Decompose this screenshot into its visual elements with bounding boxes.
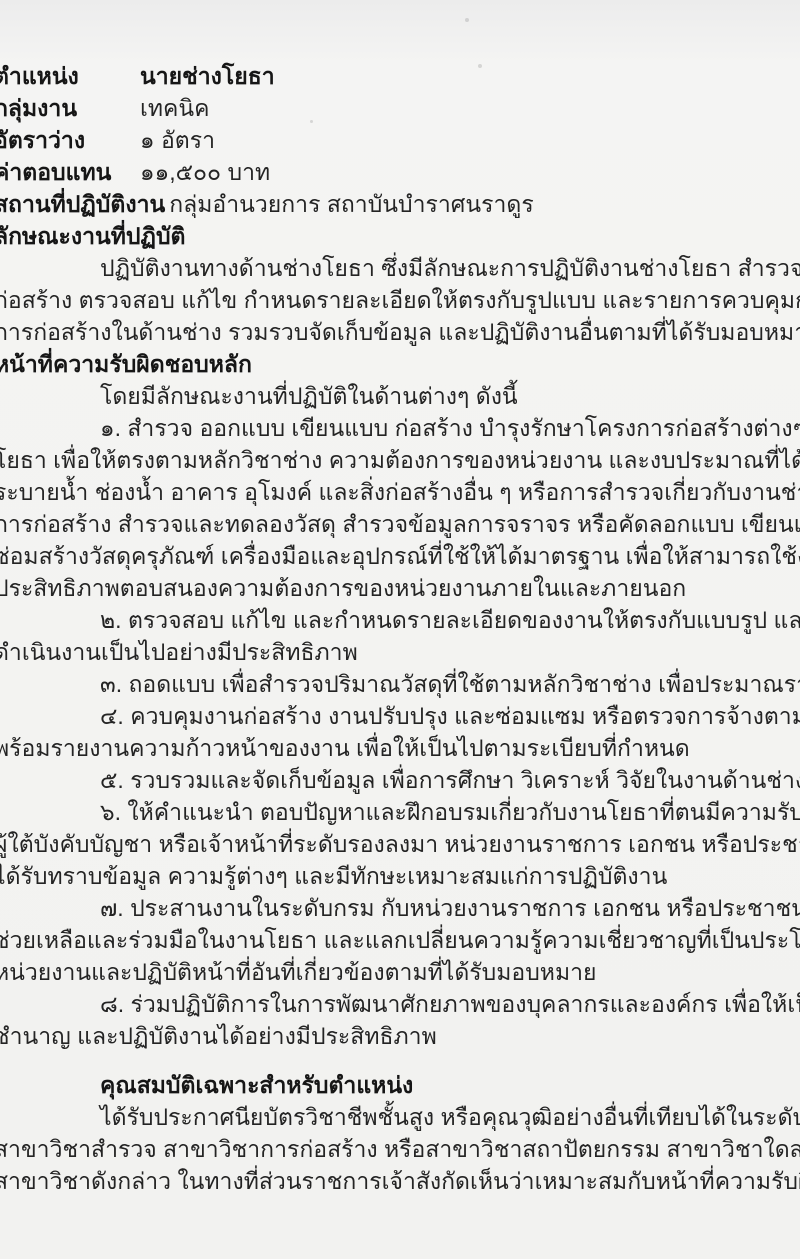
field-value-salary: ๑๑,๕๐๐ บาท: [136, 159, 270, 185]
section-spacer: [0, 1052, 800, 1069]
body-line-item-6: ๖. ให้คำแนะนำ ตอบปัญหาและฝึกอบรมเกี่ยวกั…: [0, 796, 800, 828]
body-line: ประสิทธิภาพตอบสนองความต้องการของหน่วยงาน…: [0, 572, 800, 604]
header-row-position: ตำแหน่งนายช่างโยธา: [0, 60, 800, 92]
body-line: ได้รับทราบข้อมูล ความรู้ต่างๆ และมีทักษะ…: [0, 860, 800, 892]
body-line: สาขาวิชาสำรวจ สาขาวิชาการก่อสร้าง หรือสา…: [0, 1133, 800, 1165]
field-label-workplace: สถานที่ปฏิบัติงาน: [0, 188, 165, 220]
body-line: ผู้ใต้บังคับบัญชา หรือเจ้าหน้าที่ระดับรอ…: [0, 828, 800, 860]
body-line-item-7: ๗. ประสานงานในระดับกรม กับหน่วยงานราชการ…: [0, 892, 800, 924]
field-label-vacancy: อัตราว่าง: [0, 124, 136, 156]
body-line: พร้อมรายงานความก้าวหน้าของงาน เพื่อให้เป…: [0, 732, 800, 764]
body-line-item-8: ๘. ร่วมปฏิบัติการในการพัฒนาศักยภาพของบุค…: [0, 988, 800, 1020]
field-label-workgroup: กลุ่มงาน: [0, 92, 136, 124]
body-line-item-5: ๕. รวบรวมและจัดเก็บข้อมูล เพื่อการศึกษา …: [0, 764, 800, 796]
body-line: ดำเนินงานเป็นไปอย่างมีประสิทธิภาพ: [0, 636, 800, 668]
body-line: โยธา เพื่อให้ตรงตามหลักวิชาช่าง ความต้อง…: [0, 444, 800, 476]
body-line-item-1: ๑. สำรวจ ออกแบบ เขียนแบบ ก่อสร้าง บำรุงร…: [0, 412, 800, 444]
body-line-item-4: ๔. ควบคุมงานก่อสร้าง งานปรับปรุง และซ่อม…: [0, 700, 800, 732]
field-value-vacancy: ๑ อัตรา: [136, 127, 215, 153]
field-value-position: นายช่างโยธา: [136, 63, 275, 89]
body-line: ระบายน้ำ ช่องน้ำ อาคาร อุโมงค์ และสิ่งก่…: [0, 476, 800, 508]
body-line: สาขาวิชาดังกล่าว ในทางที่ส่วนราชการเจ้าส…: [0, 1165, 800, 1197]
body-line: ก่อสร้าง ตรวจสอบ แก้ไข กำหนดรายละเอียดให…: [0, 284, 800, 316]
section-heading-main-duties: หน้าที่ความรับผิดชอบหลัก: [0, 348, 800, 380]
header-row-workgroup: กลุ่มงานเทคนิค: [0, 92, 800, 124]
body-line: ชำนาญ และปฏิบัติงานได้อย่างมีประสิทธิภาพ: [0, 1020, 800, 1052]
body-line-item-2: ๒. ตรวจสอบ แก้ไข และกำหนดรายละเอียดของงา…: [0, 604, 800, 636]
field-label-position: ตำแหน่ง: [0, 60, 136, 92]
scanned-document-page: ตำแหน่งนายช่างโยธา กลุ่มงานเทคนิค อัตราว…: [0, 0, 800, 1259]
header-row-salary: ค่าตอบแทน๑๑,๕๐๐ บาท: [0, 156, 800, 188]
body-line: ปฏิบัติงานทางด้านช่างโยธา ซึ่งมีลักษณะกา…: [0, 252, 800, 284]
body-line: การก่อสร้างในด้านช่าง รวมรวบจัดเก็บข้อมู…: [0, 316, 800, 348]
header-row-workplace: สถานที่ปฏิบัติงานกลุ่มอำนวยการ สถาบันบำร…: [0, 188, 800, 220]
field-value-workgroup: เทคนิค: [136, 95, 210, 121]
body-line: หน่วยงานและปฏิบัติหน้าที่อันที่เกี่ยวข้อ…: [0, 956, 800, 988]
section-heading-qualifications: คุณสมบัติเฉพาะสำหรับตำแหน่ง: [0, 1069, 800, 1101]
header-row-vacancy: อัตราว่าง๑ อัตรา: [0, 124, 800, 156]
document-body: ตำแหน่งนายช่างโยธา กลุ่มงานเทคนิค อัตราว…: [0, 60, 800, 1197]
body-line: โดยมีลักษณะงานที่ปฏิบัติในด้านต่างๆ ดังน…: [0, 380, 800, 412]
body-line: ช่วยเหลือและร่วมมือในงานโยธา และแลกเปลี่…: [0, 924, 800, 956]
field-value-workplace: กลุ่มอำนวยการ สถาบันบำราศนราดูร: [165, 191, 533, 217]
field-label-salary: ค่าตอบแทน: [0, 156, 136, 188]
body-line: การก่อสร้าง สำรวจและทดลองวัสดุ สำรวจข้อม…: [0, 508, 800, 540]
body-line: ได้รับประกาศนียบัตรวิชาชีพชั้นสูง หรือคุ…: [0, 1101, 800, 1133]
body-line-item-3: ๓. ถอดแบบ เพื่อสำรวจปริมาณวัสดุที่ใช้ตาม…: [0, 668, 800, 700]
body-line: ซ่อมสร้างวัสดุครุภัณฑ์ เครื่องมือและอุปก…: [0, 540, 800, 572]
section-heading-job-characteristics: ลักษณะงานที่ปฏิบัติ: [0, 220, 800, 252]
scan-speck: [465, 18, 469, 22]
